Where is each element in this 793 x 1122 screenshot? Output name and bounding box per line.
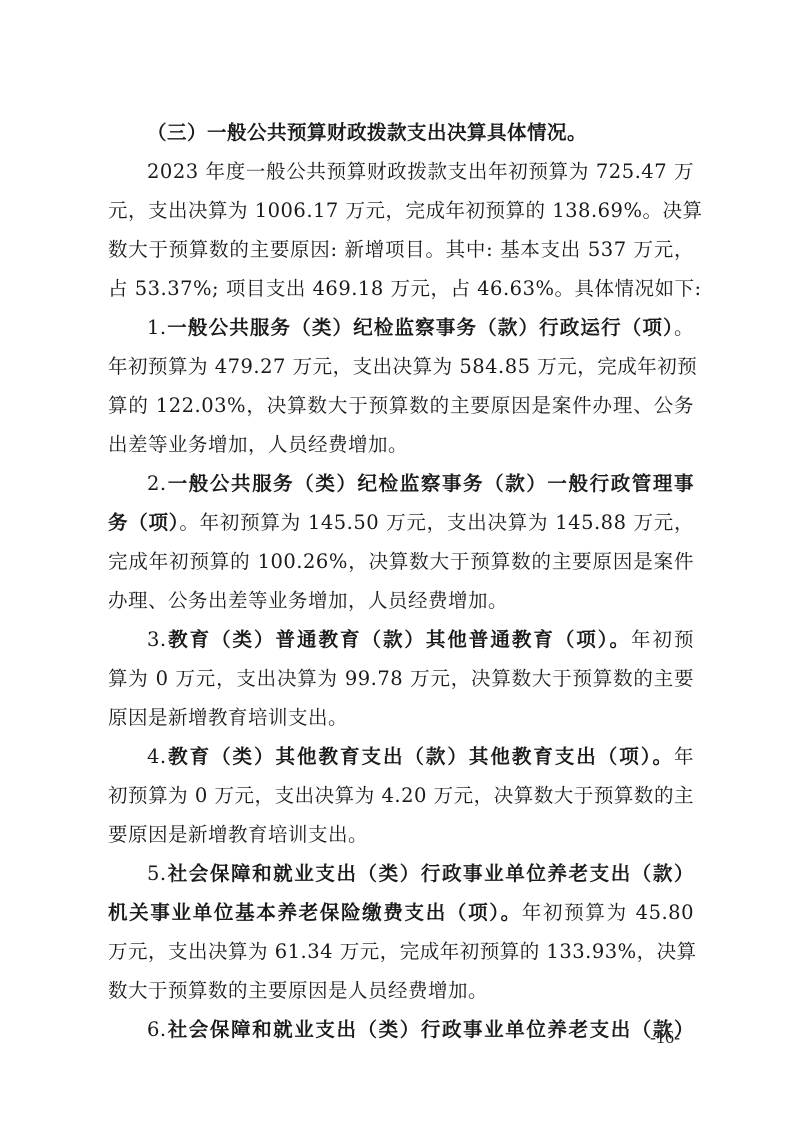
item-5-line: 数大于预算数的主要原因是人员经费增加。 <box>108 975 694 1007</box>
item-6-title-line: 6.社会保障和就业支出（类）行政事业单位养老支出（款） <box>147 1014 694 1046</box>
item-title: 教育（类）普通教育（款）其他普通教育（项）。 <box>167 628 631 651</box>
item-3-line: 原因是新增教育培训支出。 <box>108 702 694 734</box>
item-number: 1. <box>147 316 167 339</box>
item-text: 年初预算为 45.80 <box>522 901 694 924</box>
item-title: 机关事业单位基本养老保险缴费支出（项）。 <box>108 901 522 924</box>
item-4-line: 初预算为 0 万元，支出决算为 4.20 万元，决算数大于预算数的主 <box>108 780 694 812</box>
item-2-line: 务（项）。年初预算为 145.50 万元，支出决算为 145.88 万元， <box>108 507 694 539</box>
item-2-title-line: 2.一般公共服务（类）纪检监察事务（款）一般行政管理事 <box>147 468 694 500</box>
item-title: 务（项） <box>108 511 179 534</box>
intro-line: 2023 年度一般公共预算财政拨款支出年初预算为 725.47 万 <box>147 156 694 188</box>
item-1-line: 出差等业务增加，人员经费增加。 <box>108 429 694 461</box>
item-5-title-line: 5.社会保障和就业支出（类）行政事业单位养老支出（款） <box>147 858 694 890</box>
item-5-line: 万元，支出决算为 61.34 万元，完成年初预算的 133.93%，决算 <box>108 936 694 968</box>
item-4-title-line: 4.教育（类）其他教育支出（款）其他教育支出（项）。年 <box>147 741 694 773</box>
item-1-line: 算的 122.03%，决算数大于预算数的主要原因是案件办理、公务 <box>108 390 694 422</box>
item-1-line: 年初预算为 479.27 万元，支出决算为 584.85 万元，完成年初预 <box>108 351 694 383</box>
item-number: 5. <box>147 862 167 885</box>
item-2-line: 办理、公务出差等业务增加，人员经费增加。 <box>108 585 694 617</box>
document-page: （三）一般公共预算财政拨款支出决算具体情况。 2023 年度一般公共预算财政拨款… <box>0 0 793 1122</box>
item-number: 4. <box>147 745 167 768</box>
item-text: 年初预 <box>631 628 694 651</box>
item-title: 社会保障和就业支出（类）行政事业单位养老支出（款） <box>167 1018 694 1041</box>
item-3-title-line: 3.教育（类）普通教育（款）其他普通教育（项）。年初预 <box>147 624 694 656</box>
item-text: 年 <box>674 745 694 768</box>
item-3-line: 算为 0 万元，支出决算为 99.78 万元，决算数大于预算数的主要 <box>108 663 694 695</box>
item-title: 一般公共服务（类）纪检监察事务（款）一般行政管理事 <box>167 472 694 495</box>
intro-line: 占 53.37%; 项目支出 469.18 万元，占 46.63%。具体情况如下… <box>108 273 694 305</box>
item-text: 。 <box>674 316 694 339</box>
item-number: 2. <box>147 472 167 495</box>
intro-line: 数大于预算数的主要原因: 新增项目。其中: 基本支出 537 万元， <box>108 234 694 266</box>
intro-line: 元，支出决算为 1006.17 万元，完成年初预算的 138.69%。决算 <box>108 195 694 227</box>
item-title: 社会保障和就业支出（类）行政事业单位养老支出（款） <box>167 862 694 885</box>
page-number: -16- <box>650 1027 680 1048</box>
item-1-title-line: 1.一般公共服务（类）纪检监察事务（款）行政运行（项）。 <box>147 312 694 344</box>
item-text: 。年初预算为 145.50 万元，支出决算为 145.88 万元， <box>179 511 694 534</box>
item-5-line: 机关事业单位基本养老保险缴费支出（项）。年初预算为 45.80 <box>108 897 694 929</box>
item-title: 教育（类）其他教育支出（款）其他教育支出（项）。 <box>167 745 674 768</box>
item-title: 一般公共服务（类）纪检监察事务（款）行政运行（项） <box>167 316 674 339</box>
item-4-line: 要原因是新增教育培训支出。 <box>108 819 694 851</box>
item-2-line: 完成年初预算的 100.26%，决算数大于预算数的主要原因是案件 <box>108 546 694 578</box>
section-heading: （三）一般公共预算财政拨款支出决算具体情况。 <box>147 117 667 149</box>
item-number: 6. <box>147 1018 167 1041</box>
item-number: 3. <box>147 628 167 651</box>
